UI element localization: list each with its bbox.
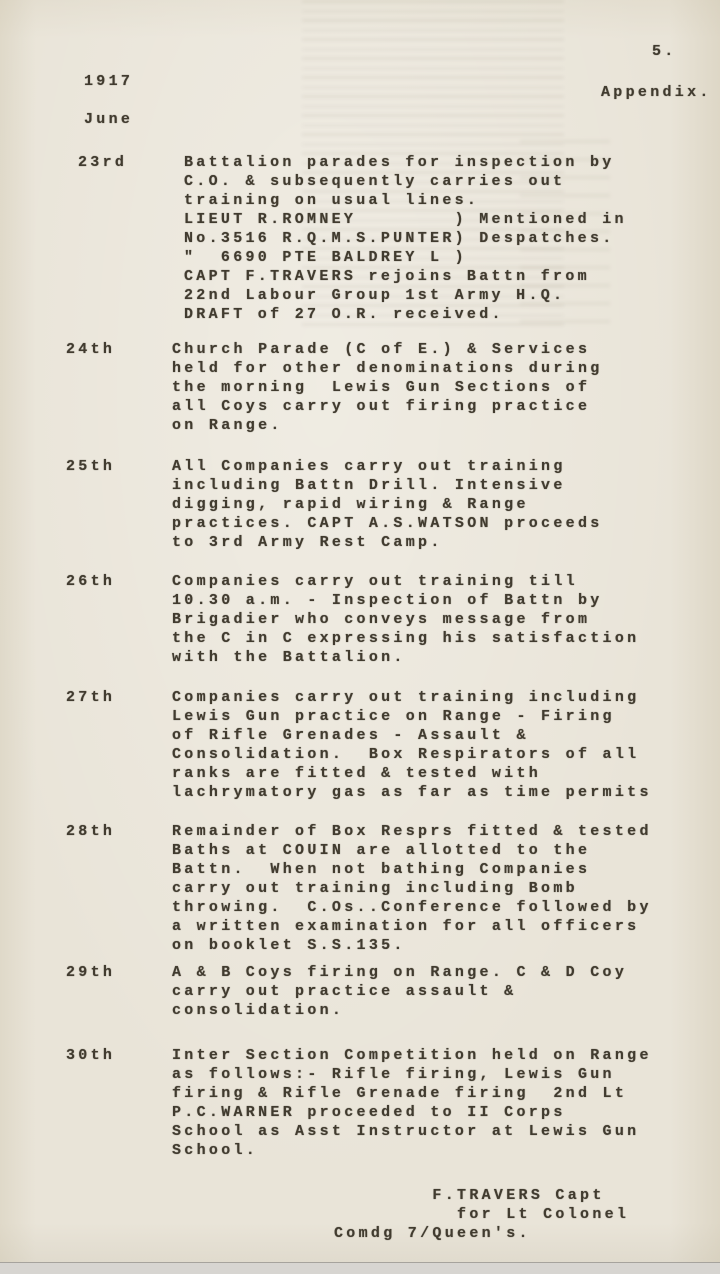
entry-date: 28th [66, 822, 172, 841]
entry-text: A & B Coys firing on Range. C & D Coy ca… [172, 963, 627, 1020]
month-heading: June [84, 110, 133, 129]
entry-30th: 30th Inter Section Competition held on R… [66, 1046, 652, 1160]
entry-text: Companies carry out training till 10.30 … [172, 572, 639, 667]
entry-text: Battalion parades for inspection by C.O.… [184, 153, 627, 324]
entry-29th: 29th A & B Coys firing on Range. C & D C… [66, 963, 627, 1020]
entry-date: 27th [66, 688, 172, 707]
entry-26th: 26th Companies carry out training till 1… [66, 572, 639, 667]
year-heading: 1917 [84, 72, 133, 91]
entry-text: Remainder of Box Resprs fitted & tested … [172, 822, 652, 955]
entry-date: 23rd [66, 153, 184, 172]
entry-date: 24th [66, 340, 172, 359]
appendix-heading: Appendix. [601, 83, 712, 102]
entry-text: Church Parade (C of E.) & Services held … [172, 340, 603, 435]
entry-23rd: 23rd Battalion parades for inspection by… [66, 153, 627, 324]
signature-block: F.TRAVERS Capt for Lt Colonel Comdg 7/Qu… [334, 1186, 629, 1243]
entry-date: 29th [66, 963, 172, 982]
entry-date: 26th [66, 572, 172, 591]
entry-25th: 25th All Companies carry out training in… [66, 457, 603, 552]
entry-24th: 24th Church Parade (C of E.) & Services … [66, 340, 603, 435]
page-number: 5. [652, 42, 677, 61]
entry-text: Inter Section Competition held on Range … [172, 1046, 652, 1160]
entry-date: 30th [66, 1046, 172, 1065]
entry-date: 25th [66, 457, 172, 476]
entry-text: All Companies carry out training includi… [172, 457, 603, 552]
war-diary-page: 5. 1917 Appendix. June 23rd Battalion pa… [0, 0, 720, 1274]
scan-edge [0, 1262, 720, 1274]
entry-27th: 27th Companies carry out training includ… [66, 688, 652, 802]
entry-28th: 28th Remainder of Box Resprs fitted & te… [66, 822, 652, 955]
entry-text: Companies carry out training including L… [172, 688, 652, 802]
